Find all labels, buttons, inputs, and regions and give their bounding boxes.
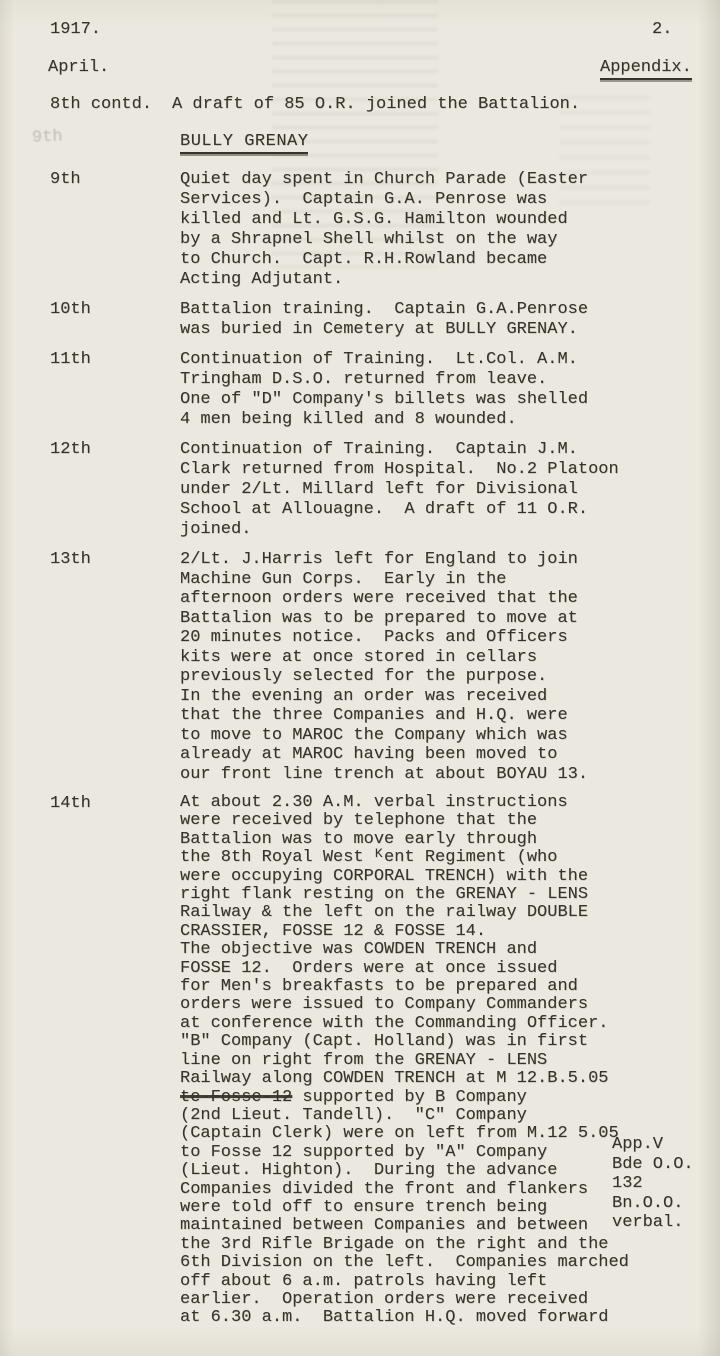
margin-note-line: Bn.O.O.: [612, 1194, 694, 1214]
entry-line: At about 2.30 A.M. verbal instructions: [180, 794, 710, 812]
entry-text: Continuation of Training. Captain J.M.Cl…: [180, 440, 710, 540]
entry-line: that the three Companies and H.Q. were: [180, 706, 710, 726]
entry-line: Battalion was to be prepared to move at: [180, 609, 710, 629]
entry-date: 9th: [50, 170, 180, 290]
month-label: April.: [48, 58, 109, 77]
entry-line: under 2/Lt. Millard left for Divisional: [180, 480, 710, 500]
diary-entry: 14thAt about 2.30 A.M. verbal instructio…: [50, 794, 710, 1328]
entry-line: Quiet day spent in Church Parade (Easter: [180, 170, 710, 190]
entry-line: joined.: [180, 520, 710, 540]
page-number: 2.: [652, 20, 672, 39]
entry-line: were occupying CORPORAL TRENCH) with the: [180, 868, 710, 886]
entry-text: At about 2.30 A.M. verbal instructionswe…: [180, 794, 710, 1328]
entry-date: 14th: [50, 794, 180, 1328]
entry-line: killed and Lt. G.S.G. Hamilton wounded: [180, 210, 710, 230]
entry-line: Battalion training. Captain G.A.Penrose: [180, 300, 710, 320]
entry-line: 20 minutes notice. Packs and Officers: [180, 628, 710, 648]
entry-line: earlier. Operation orders were received: [180, 1291, 710, 1309]
entry-line: Machine Gun Corps. Early in the: [180, 570, 710, 590]
entry-line: by a Shrapnel Shell whilst on the way: [180, 230, 710, 250]
entry-line: 4 men being killed and 8 wounded.: [180, 410, 710, 430]
entry-date: 11th: [50, 350, 180, 430]
entry-line: "B" Company (Capt. Holland) was in first: [180, 1033, 710, 1051]
entry-line: the 3rd Rifle Brigade on the right and t…: [180, 1236, 710, 1254]
entry-line: The objective was COWDEN TRENCH and: [180, 941, 710, 959]
entry-line: 2/Lt. J.Harris left for England to join: [180, 550, 710, 570]
appendix-label: Appendix.: [600, 58, 692, 80]
diary-entry: 11thContinuation of Training. Lt.Col. A.…: [50, 350, 710, 430]
entry-line: line on right from the GRENAY - LENS: [180, 1052, 710, 1070]
entry-line: Continuation of Training. Captain J.M.: [180, 440, 710, 460]
entry-text: Continuation of Training. Lt.Col. A.M.Tr…: [180, 350, 710, 430]
entry-line: One of "D" Company's billets was shelled: [180, 390, 710, 410]
entry-line: at 6.30 a.m. Battalion H.Q. moved forwar…: [180, 1309, 710, 1327]
entry-line: Services). Captain G.A. Penrose was: [180, 190, 710, 210]
entry-line: In the evening an order was received: [180, 687, 710, 707]
entries: 9thQuiet day spent in Church Parade (Eas…: [50, 170, 710, 1338]
entry-line: right flank resting on the GRENAY - LENS: [180, 886, 710, 904]
entry-line: Railway along COWDEN TRENCH at M 12.B.5.…: [180, 1070, 710, 1088]
entry-line: our front line trench at about BOYAU 13.: [180, 765, 710, 785]
entry-line: off about 6 a.m. patrols having left: [180, 1273, 710, 1291]
continued-entry: 8th contd. A draft of 85 O.R. joined the…: [50, 95, 580, 114]
entry-line: for Men's breakfasts to be prepared and: [180, 978, 710, 996]
entry-line: Acting Adjutant.: [180, 270, 710, 290]
ghost-date: 9th: [32, 127, 63, 147]
entry-date: 12th: [50, 440, 180, 540]
entry-line: were received by telephone that the: [180, 812, 710, 830]
entry-line: 6th Division on the left. Companies marc…: [180, 1254, 710, 1272]
entry-text: Battalion training. Captain G.A.Penrosew…: [180, 300, 710, 340]
margin-note-line: App.V: [612, 1135, 694, 1155]
margin-note-line: 132: [612, 1174, 694, 1194]
margin-note: App.V Bde O.O. 132 Bn.O.O. verbal.: [612, 1135, 694, 1233]
entry-line: already at MAROC having been moved to: [180, 745, 710, 765]
diary-entry: 12thContinuation of Training. Captain J.…: [50, 440, 710, 540]
entry-line: kits were at once stored in cellars: [180, 648, 710, 668]
entry-text: 2/Lt. J.Harris left for England to joinM…: [180, 550, 710, 784]
entry-date: 13th: [50, 550, 180, 784]
entry-date: 8th contd.: [50, 95, 172, 114]
section-heading: BULLY GRENAY: [180, 132, 308, 154]
year-label: 1917.: [50, 20, 101, 39]
entry-line: Clark returned from Hospital. No.2 Plato…: [180, 460, 710, 480]
entry-line: Railway & the left on the railway DOUBLE: [180, 904, 710, 922]
entry-line: previously selected for the purpose.: [180, 667, 710, 687]
entry-line: was buried in Cemetery at BULLY GRENAY.: [180, 320, 710, 340]
entry-line: Battalion was to move early through: [180, 831, 710, 849]
war-diary-page: { "colors": { "paper": "#ebe8df", "ink":…: [0, 0, 720, 1356]
margin-note-line: Bde O.O.: [612, 1155, 694, 1175]
entry-text: Quiet day spent in Church Parade (Easter…: [180, 170, 710, 290]
entry-date: 10th: [50, 300, 180, 340]
entry-line: to move to MAROC the Company which was: [180, 726, 710, 746]
entry-line: to Church. Capt. R.H.Rowland became: [180, 250, 710, 270]
entry-line: Continuation of Training. Lt.Col. A.M.: [180, 350, 710, 370]
margin-note-line: verbal.: [612, 1213, 694, 1233]
struck-out-text: te-Fosse-12: [180, 1088, 292, 1107]
entry-line: School at Allouagne. A draft of 11 O.R.: [180, 500, 710, 520]
entry-line: orders were issued to Company Commanders: [180, 996, 710, 1014]
diary-entry: 10thBattalion training. Captain G.A.Penr…: [50, 300, 710, 340]
entry-line: Tringham D.S.O. returned from leave.: [180, 370, 710, 390]
entry-text: A draft of 85 O.R. joined the Battalion.: [172, 95, 580, 114]
entry-line: afternoon orders were received that the: [180, 589, 710, 609]
entry-line: te-Fosse-12 supported by B Company: [180, 1089, 710, 1107]
entry-line: the 8th Royal West ᴷent Regiment (who: [180, 849, 710, 867]
entry-line: (2nd Lieut. Tandell). "C" Company: [180, 1107, 710, 1125]
diary-entry: 9thQuiet day spent in Church Parade (Eas…: [50, 170, 710, 290]
entry-line: FOSSE 12. Orders were at once issued: [180, 960, 710, 978]
entry-line: at conference with the Commanding Office…: [180, 1015, 710, 1033]
diary-entry: 13th2/Lt. J.Harris left for England to j…: [50, 550, 710, 784]
entry-line: CRASSIER, FOSSE 12 & FOSSE 14.: [180, 923, 710, 941]
